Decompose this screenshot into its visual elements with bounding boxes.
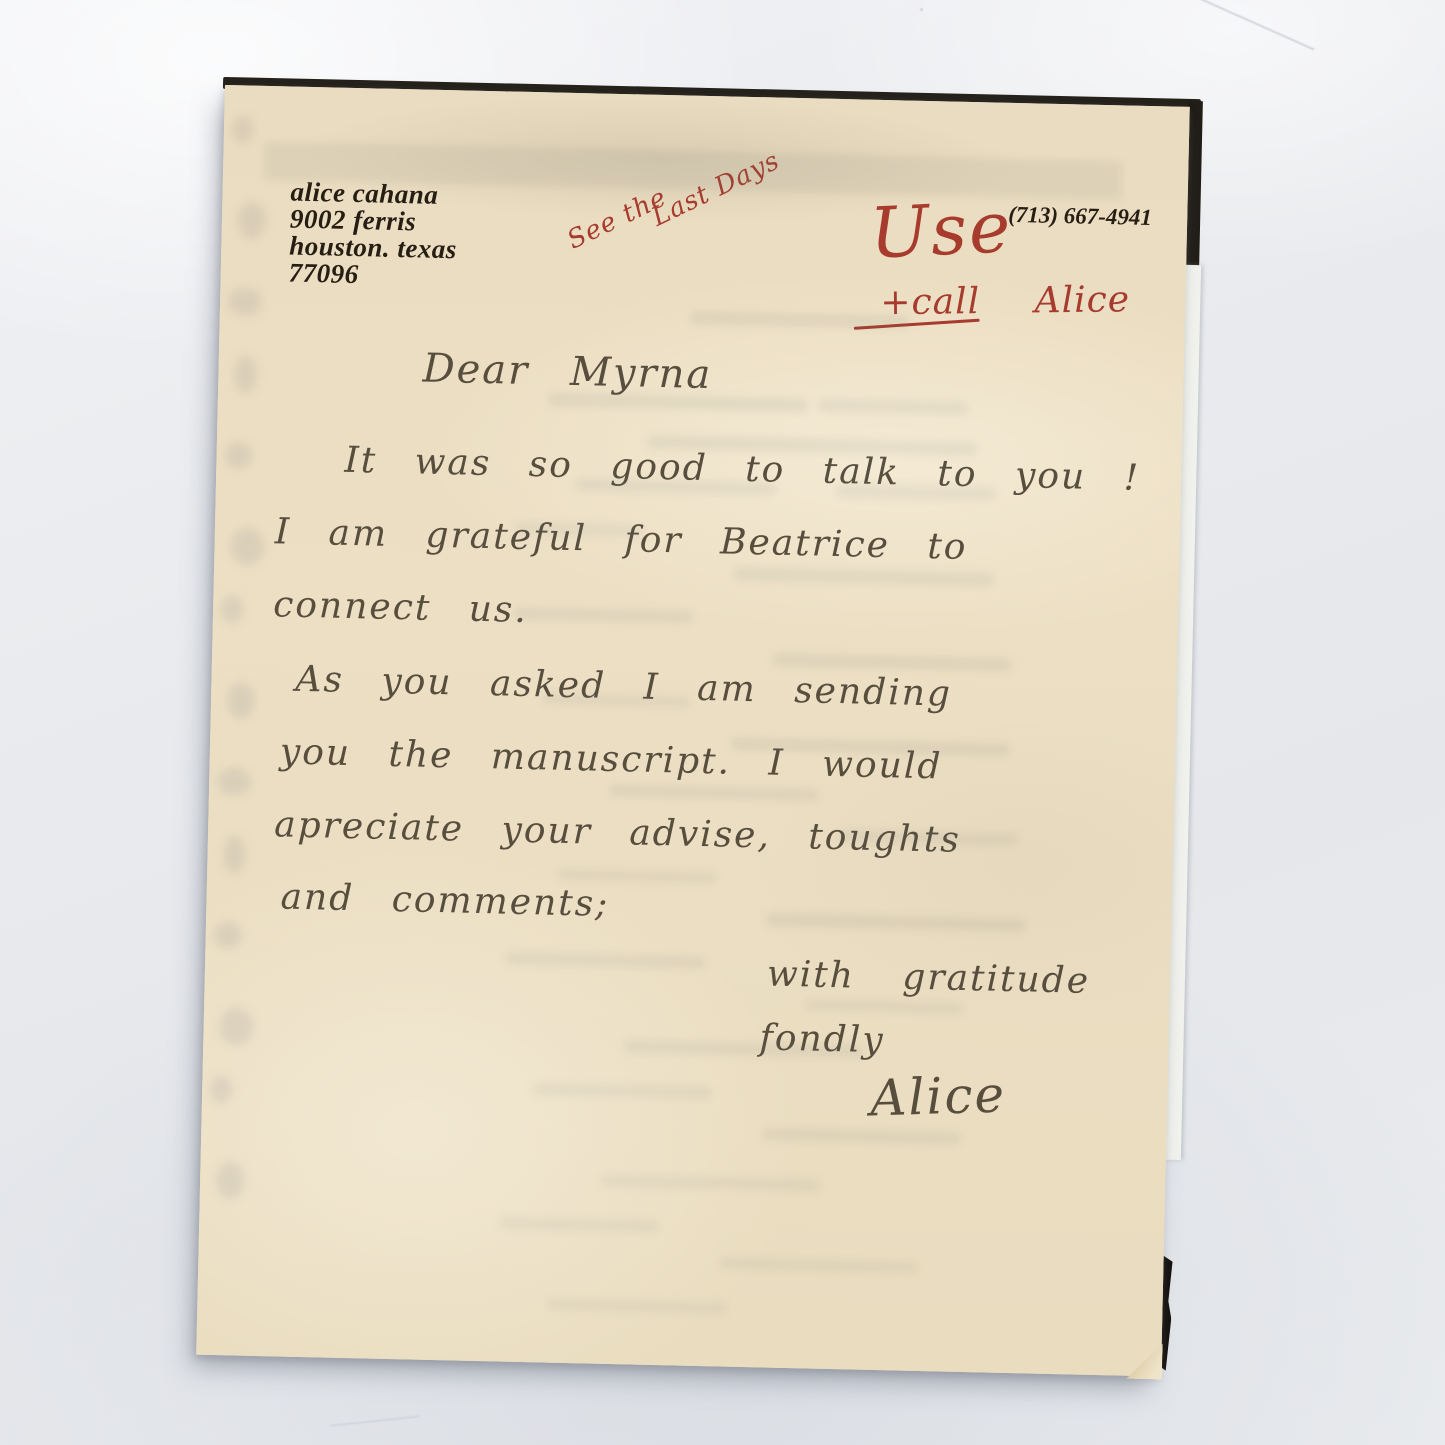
body-line: you the manuscript. I would <box>279 731 942 787</box>
body-line: and comments; <box>280 876 610 924</box>
salutation: Dear Myrna <box>422 346 713 399</box>
folded-corner <box>1114 1337 1163 1380</box>
surface-speck <box>920 8 923 11</box>
signature-alice: Alice <box>869 1065 1006 1127</box>
body-line: As you asked I am sending <box>295 659 952 715</box>
body-line: apreciate your advise, toughts <box>274 804 962 861</box>
letter-page: alice cahana 9002 ferris houston. texas … <box>196 85 1190 1377</box>
closing-fondly: fondly <box>759 1017 885 1061</box>
letterhead-block: alice cahana 9002 ferris houston. texas … <box>288 179 458 291</box>
closing-with-gratitude: with gratitude <box>767 954 1091 1002</box>
surface-scratch <box>1186 0 1315 50</box>
red-note-use: Use <box>868 186 1014 275</box>
red-note-last-days: Last Days <box>647 146 785 233</box>
red-note-call-alice: +call Alice <box>880 279 1130 323</box>
letterhead-phone: (713) 667-4941 <box>1008 202 1152 231</box>
surface-scratch <box>330 1415 420 1426</box>
body-line: It was so good to talk to you ! <box>344 440 1141 499</box>
body-line: connect us. <box>273 584 529 631</box>
body-line: I am grateful for Beatrice to <box>274 511 968 568</box>
paper-stack: alice cahana 9002 ferris houston. texas … <box>196 85 1190 1377</box>
letterhead-zip: 77096 <box>288 259 456 290</box>
